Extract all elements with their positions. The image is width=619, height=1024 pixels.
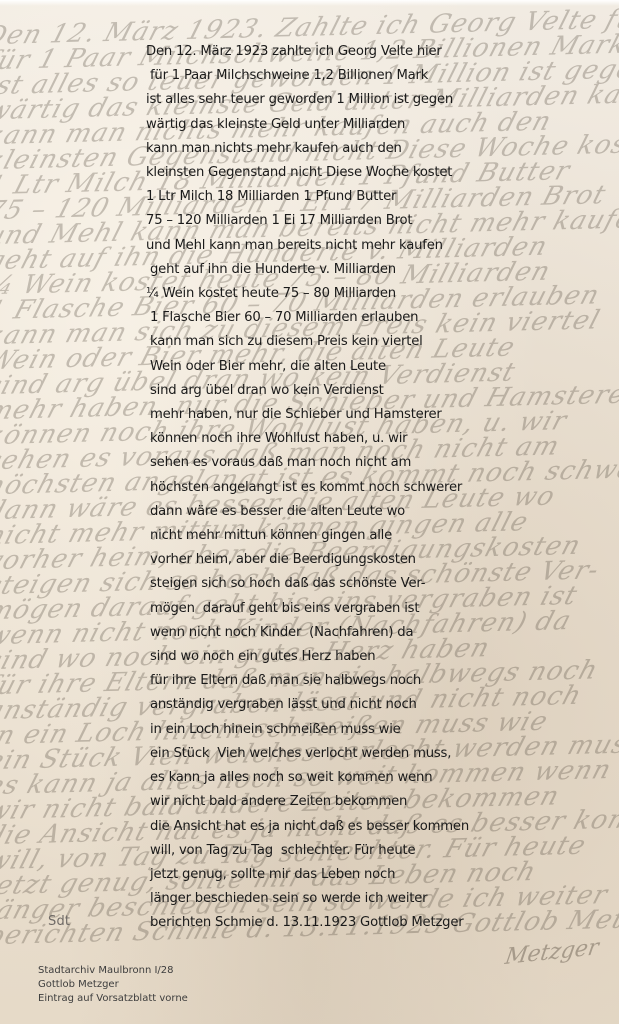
transcript-line: können noch ihre Wohllust haben, u. wir bbox=[146, 427, 506, 451]
transcript-line: anständig vergraben lässt und nicht noch bbox=[146, 693, 506, 717]
source-author: Gottlob Metzger bbox=[38, 978, 188, 992]
typed-transcription: Den 12. März 1923 zahlte ich Georg Velte… bbox=[146, 40, 506, 936]
transcript-line: sind wo noch ein gutes Herz haben bbox=[146, 645, 506, 669]
transcript-line: wenn nicht noch Kinder (Nachfahren) da bbox=[146, 621, 506, 645]
transcript-line: sind arg übel dran wo kein Verdienst bbox=[146, 379, 506, 403]
transcript-line: Den 12. März 1923 zahlte ich Georg Velte… bbox=[146, 40, 506, 64]
transcript-line: und Mehl kann man bereits nicht mehr kau… bbox=[146, 234, 506, 258]
transcript-line: 1 Ltr Milch 18 Milliarden 1 Pfund Butter bbox=[146, 185, 506, 209]
source-caption: Stadtarchiv Maulbronn I/28 Gottlob Metzg… bbox=[38, 964, 188, 1006]
transcript-line: geht auf ihn die Hunderte v. Milliarden bbox=[146, 258, 506, 282]
transcript-line: kleinsten Gegenstand nicht Diese Woche k… bbox=[146, 161, 506, 185]
transcript-line: kann man nichts mehr kaufen auch den bbox=[146, 137, 506, 161]
transcript-line: sehen es voraus daß man noch nicht am bbox=[146, 451, 506, 475]
transcript-line: es kann ja alles noch so weit kommen wen… bbox=[146, 766, 506, 790]
transcript-line: jetzt genug, sollte mir das Leben noch bbox=[146, 863, 506, 887]
transcript-line: ist alles sehr teuer geworden 1 Million … bbox=[146, 88, 506, 112]
transcript-line: für 1 Paar Milchschweine 1,2 Billionen M… bbox=[146, 64, 506, 88]
transcript-line: kann man sich zu diesem Preis kein viert… bbox=[146, 330, 506, 354]
transcript-line: vorher heim, aber die Beerdigungskosten bbox=[146, 548, 506, 572]
transcript-line: 75 – 120 Milliarden 1 Ei 17 Milliarden B… bbox=[146, 209, 506, 233]
transcript-line: ¼ Wein kostet heute 75 – 80 Milliarden bbox=[146, 282, 506, 306]
transcript-line: höchsten angelangt ist es kommt noch sch… bbox=[146, 476, 506, 500]
transcript-line: steigen sich so hoch daß das schönste Ve… bbox=[146, 572, 506, 596]
transcript-line: will, von Tag zu Tag schlechter. Für heu… bbox=[146, 839, 506, 863]
transcript-line: Wein oder Bier mehr, die alten Leute bbox=[146, 355, 506, 379]
transcript-line: wärtig das kleinste Geld unter Milliarde… bbox=[146, 113, 506, 137]
source-note: Eintrag auf Vorsatzblatt vorne bbox=[38, 992, 188, 1006]
transcript-line: für ihre Eltern daß man sie halbwegs noc… bbox=[146, 669, 506, 693]
transcript-line: ein Stück Vieh welches verlocht werden m… bbox=[146, 742, 506, 766]
transcript-line: nicht mehr mittun können gingen alle bbox=[146, 524, 506, 548]
transcript-line: mögen darauf geht bis eins vergraben ist bbox=[146, 597, 506, 621]
transcript-line: berichten Schmie d. 13.11.1923 Gottlob M… bbox=[146, 911, 506, 935]
archive-stamp: Sdt bbox=[48, 914, 70, 929]
transcript-line: die Ansicht hat es ja nicht daß es besse… bbox=[146, 815, 506, 839]
transcript-line: 1 Flasche Bier 60 – 70 Milliarden erlaub… bbox=[146, 306, 506, 330]
transcript-line: wir nicht bald andere Zeiten bekommen bbox=[146, 790, 506, 814]
transcript-line: länger beschieden sein so werde ich weit… bbox=[146, 887, 506, 911]
transcript-line: dann wäre es besser die alten Leute wo bbox=[146, 500, 506, 524]
source-archive: Stadtarchiv Maulbronn I/28 bbox=[38, 964, 188, 978]
transcript-line: in ein Loch hinein schmeißen muss wie bbox=[146, 718, 506, 742]
transcript-line: mehr haben, nur die Schieber und Hamster… bbox=[146, 403, 506, 427]
